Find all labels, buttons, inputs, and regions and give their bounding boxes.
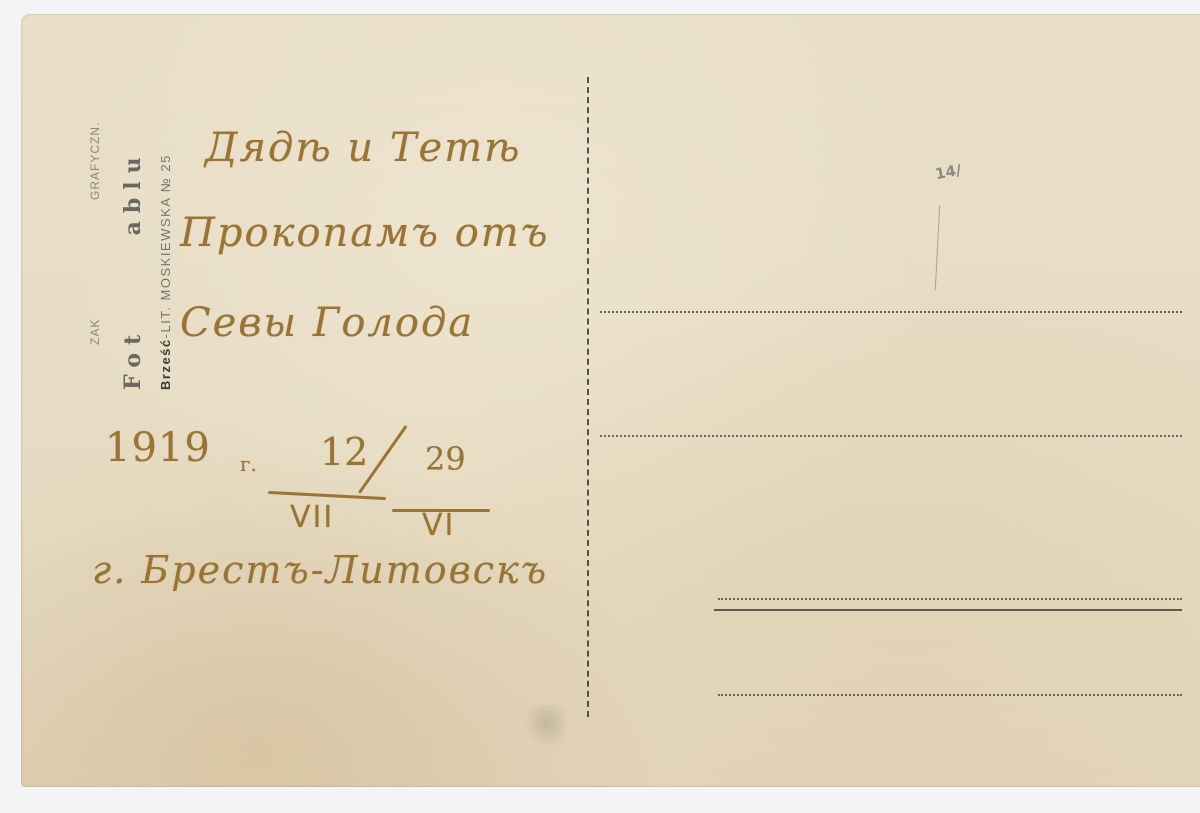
handwritten-date-day-new-style: 12 <box>320 430 368 474</box>
handwritten-date-month-old-style: VI <box>422 508 455 543</box>
address-line-3 <box>718 598 1182 600</box>
handwritten-greeting-line-1: Дядѣ и Тетѣ <box>205 125 521 171</box>
stamp-line-2: Fot ablu <box>120 149 146 390</box>
address-line-2 <box>600 435 1182 437</box>
stamp-fot: Fot <box>120 327 146 390</box>
stamp-ablu: ablu <box>120 149 146 235</box>
stamp-address: -LIT. MOSKIEWSKA № 25 <box>158 154 173 338</box>
handwritten-year: 1919 <box>105 425 211 471</box>
postcard-back <box>21 14 1200 787</box>
fingerprint-smudge <box>522 705 572 750</box>
stamp-brzesc: Brześć <box>158 338 173 390</box>
printer-stamp: ZAK GRAFYCZN. Fot ablu Brześć-LIT. MOSKI… <box>40 60 150 390</box>
postcard-center-divider <box>587 77 589 717</box>
stamp-line-1: ZAK GRAFYCZN. <box>88 122 102 345</box>
handwritten-greeting-line-2: Прокопамъ отъ <box>180 210 549 256</box>
handwritten-city: г. Брестъ-Литовскъ <box>92 548 548 592</box>
handwritten-signature: Севы Голода <box>180 300 474 346</box>
address-line-1 <box>600 311 1182 313</box>
address-line-3-underline <box>714 609 1182 611</box>
handwritten-year-suffix: г. <box>240 452 257 476</box>
stamp-grafyczn: GRAFYCZN. <box>88 122 102 200</box>
handwritten-date-day-old-style: 29 <box>425 440 466 478</box>
scanned-postcard: ZAK GRAFYCZN. Fot ablu Brześć-LIT. MOSKI… <box>0 0 1200 813</box>
handwritten-date-month-new-style: VII <box>290 500 334 535</box>
address-line-4 <box>718 694 1182 696</box>
stamp-line-3: Brześć-LIT. MOSKIEWSKA № 25 <box>158 154 173 390</box>
stamp-prefix: ZAK <box>88 319 102 345</box>
